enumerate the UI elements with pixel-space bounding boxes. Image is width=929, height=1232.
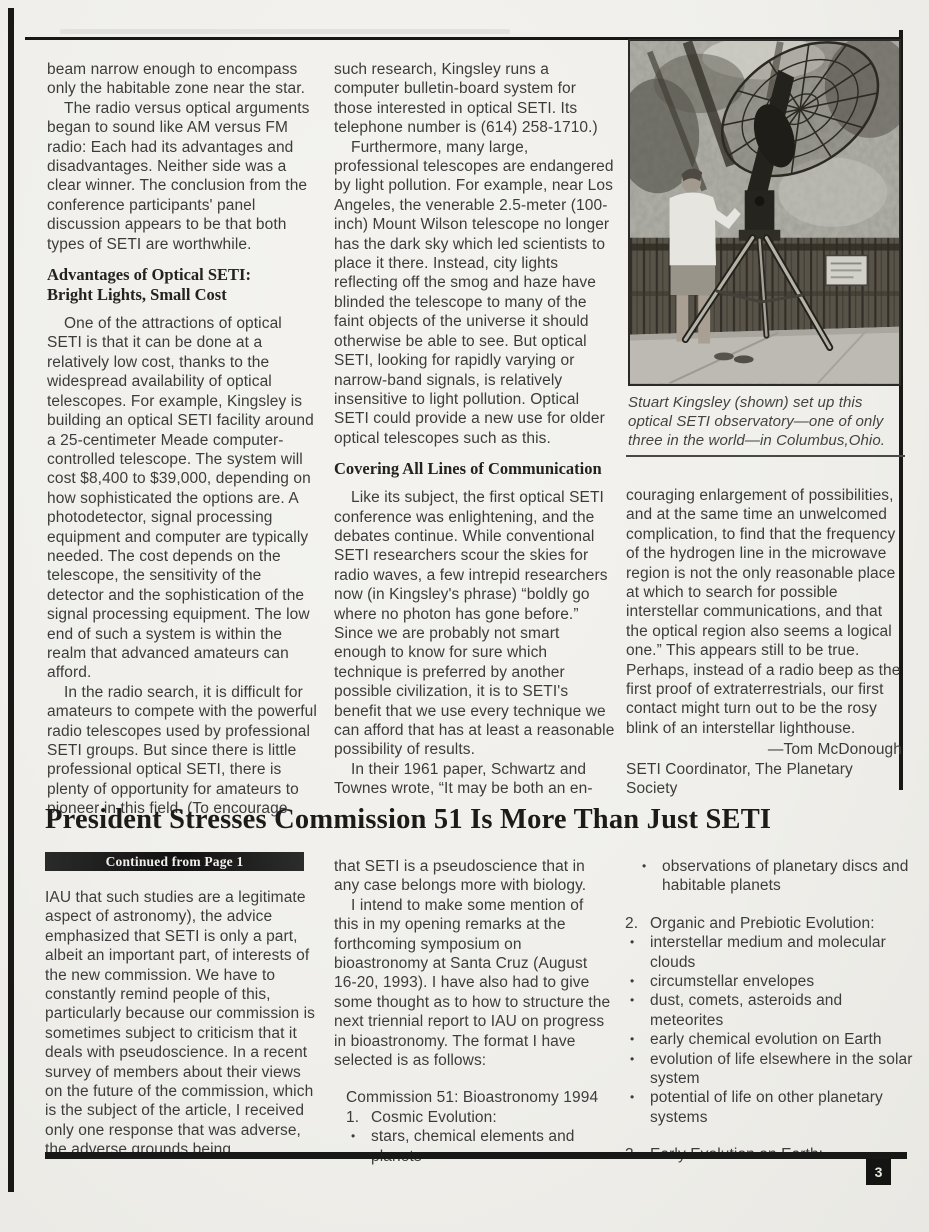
list-bullet-item: • evolution of life elsewhere in the sol… [625, 1050, 913, 1089]
top-article-column-1: beam narrow enough to encompass only the… [47, 60, 320, 819]
bullet-icon: • [625, 1030, 650, 1049]
list-bullet-item: • circumstellar envelopes [625, 972, 913, 991]
bullet-icon: • [625, 991, 650, 1030]
paragraph: In the radio search, it is difficult for… [47, 683, 320, 819]
paragraph: In their 1961 paper, Schwartz and Townes… [334, 760, 615, 799]
bullet-icon: • [637, 857, 662, 896]
paragraph: Furthermore, many large, professional te… [334, 138, 615, 449]
list-bullet-item: • interstellar medium and molecular clou… [625, 933, 913, 972]
section-heading: Covering All Lines of Communication [334, 459, 615, 479]
paragraph: I intend to make some mention of this in… [334, 896, 612, 1071]
bottom-rule [45, 1152, 907, 1159]
observatory-photo [630, 41, 899, 384]
paragraph: IAU that such studies are a legitimate a… [45, 888, 321, 1160]
list-bullet-item: • observations of planetary discs and ha… [625, 857, 913, 896]
caption-divider [626, 455, 905, 457]
bullet-icon: • [625, 933, 650, 972]
bullet-icon: • [625, 1088, 650, 1127]
list-bullet-item: • early chemical evolution on Earth [625, 1030, 913, 1049]
bottom-article-column-3: • observations of planetary discs and ha… [625, 857, 913, 1165]
bottom-article-column-2: that SETI is a pseudoscience that in any… [334, 857, 612, 1166]
fence-sign [826, 256, 868, 286]
bullet-icon: • [346, 1127, 371, 1166]
article-headline: President Stresses Commission 51 Is More… [45, 804, 905, 836]
photo-caption: Stuart Kingsley (shown) set up this opti… [628, 393, 901, 450]
paragraph: that SETI is a pseudoscience that in any… [334, 857, 612, 896]
list-bullet-item: • dust, comets, asteroids and meteorites [625, 991, 913, 1030]
continued-from-badge: Continued from Page 1 [45, 852, 304, 871]
photo-figure: Stuart Kingsley (shown) set up this opti… [628, 39, 901, 450]
section-heading: Advantages of Optical SETI: Bright Light… [47, 265, 320, 305]
paragraph: The radio versus optical arguments began… [47, 99, 320, 254]
scan-artifact [60, 29, 510, 34]
paragraph: beam narrow enough to encompass only the… [47, 60, 320, 99]
photo-frame [628, 39, 901, 386]
top-article-column-2: such research, Kingsley runs a computer … [334, 60, 615, 799]
paragraph: such research, Kingsley runs a computer … [334, 60, 615, 138]
newsletter-page: beam narrow enough to encompass only the… [0, 0, 929, 1232]
paragraph: Like its subject, the first optical SETI… [334, 488, 615, 760]
sandals [714, 352, 734, 360]
list-number: 1. [346, 1108, 371, 1127]
list-bullet-item: • potential of life on other planetary s… [625, 1088, 913, 1127]
byline-title: SETI Coordinator, The Planetary Society [626, 760, 908, 799]
bullet-icon: • [625, 1050, 650, 1089]
list-title: Commission 51: Bioastronomy 1994 [334, 1088, 612, 1107]
paragraph: One of the attractions of optical SETI i… [47, 314, 320, 683]
byline: —Tom McDonough [626, 740, 908, 759]
list-item: 2. Organic and Prebiotic Evolution: [625, 914, 913, 933]
page-number: 3 [866, 1159, 891, 1185]
paragraph: couraging enlargement of possibilities, … [626, 486, 908, 738]
bottom-article-column-1: Continued from Page 1 IAU that such stud… [45, 852, 321, 1160]
list-item: 1. Cosmic Evolution: [334, 1108, 612, 1127]
bullet-icon: • [625, 972, 650, 991]
top-article-column-3: couraging enlargement of possibilities, … [626, 486, 908, 799]
left-border-bar [8, 8, 14, 1192]
list-bullet-item: • stars, chemical elements and planets [334, 1127, 612, 1166]
list-number: 2. [625, 914, 650, 933]
